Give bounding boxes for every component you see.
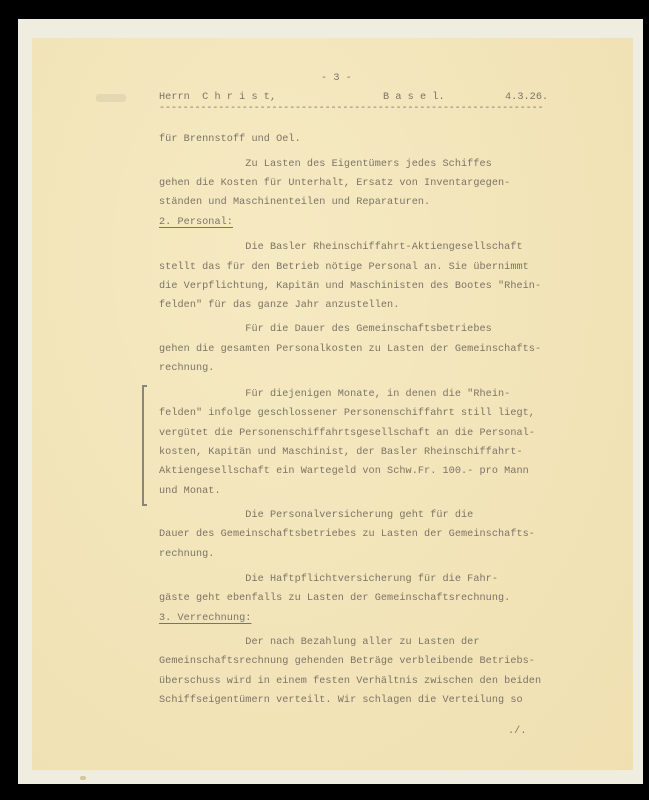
paper-stain <box>96 94 126 102</box>
body-line: rechnung. <box>159 364 214 374</box>
body-line: stellt das für den Betrieb nötige Person… <box>159 263 529 273</box>
section-heading-verrechnung: 3. Verrechnung: <box>159 614 251 624</box>
body-line: gäste geht ebenfalls zu Lasten der Gemei… <box>159 594 510 604</box>
header-recipient: Herrn C h r i s t, <box>159 93 276 103</box>
body-line: gehen die Kosten für Unterhalt, Ersatz v… <box>159 179 510 189</box>
section-heading-personal: 2. Personal: <box>159 218 233 228</box>
body-line: die Verpflichtung, Kapitän und Maschinis… <box>159 282 541 292</box>
body-line: Aktiengesellschaft ein Wartegeld von Sch… <box>159 467 529 477</box>
margin-bracket-mark <box>142 385 148 506</box>
body-line: rechnung. <box>159 550 214 560</box>
body-line: Gemeinschaftsrechnung gehenden Beträge v… <box>159 657 535 667</box>
body-line: Die Personalversicherung geht für die <box>159 511 473 521</box>
body-line: für Brennstoff und Oel. <box>159 135 301 145</box>
paper-stain <box>80 776 86 780</box>
body-line: Der nach Bezahlung aller zu Lasten der <box>159 638 480 648</box>
body-line: überschuss wird in einem festen Verhältn… <box>159 677 541 687</box>
body-line: Die Basler Rheinschiffahrt-Aktiengesells… <box>159 243 523 253</box>
body-line: felden" für das ganze Jahr anzustellen. <box>159 301 399 311</box>
header-date: 4.3.26. <box>505 93 548 103</box>
body-line: ständen und Maschinenteilen und Reparatu… <box>159 198 430 208</box>
page-number: - 3 - <box>321 74 352 84</box>
body-line: Schiffseigentümern verteilt. Wir schlage… <box>159 696 523 706</box>
body-line: Dauer des Gemeinschaftsbetriebes zu Last… <box>159 530 535 540</box>
body-line: Für diejenigen Monate, in denen die "Rhe… <box>159 390 510 400</box>
body-line: felden" infolge geschlossener Personensc… <box>159 409 535 419</box>
body-line: Zu Lasten des Eigentümers jedes Schiffes <box>159 160 492 170</box>
continuation-mark: ./. <box>508 727 527 737</box>
body-line: Die Haftpflichtversicherung für die Fahr… <box>159 575 498 585</box>
header-place: B a s e l. <box>383 93 445 103</box>
body-line: und Monat. <box>159 487 221 497</box>
body-line: gehen die gesamten Personalkosten zu Las… <box>159 345 541 355</box>
body-line: kosten, Kapitän und Maschinist, der Basl… <box>159 448 523 458</box>
header-rule: ----------------------------------------… <box>159 103 543 114</box>
body-line: Für die Dauer des Gemeinschaftsbetriebes <box>159 325 492 335</box>
body-line: vergütet die Personenschiffahrtsgesellsc… <box>159 429 535 439</box>
